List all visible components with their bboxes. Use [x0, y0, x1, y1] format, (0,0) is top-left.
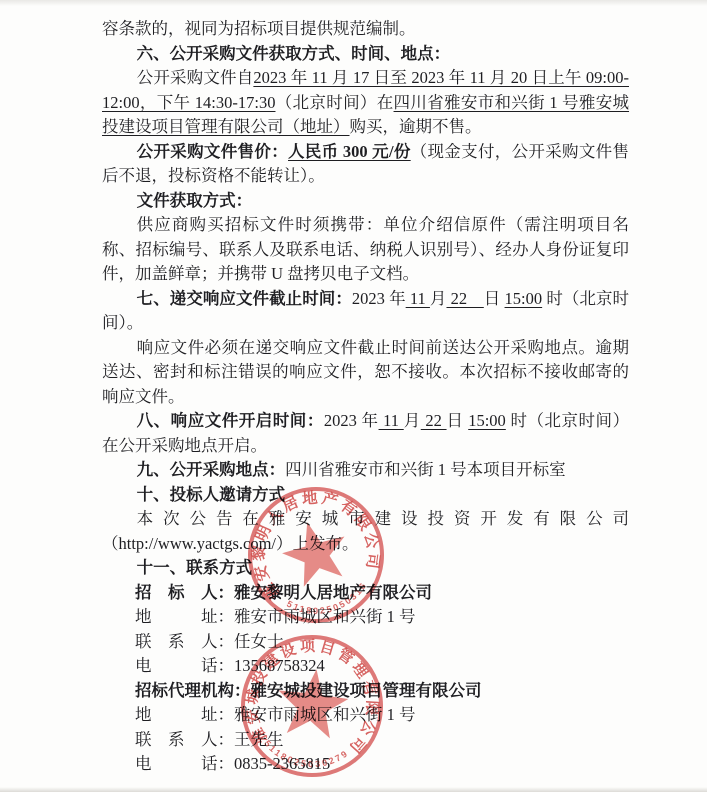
contact-value: 雅安市雨城区和兴街 1 号 — [234, 605, 416, 630]
section-10-heading: 十、投标人邀请方式 — [102, 483, 629, 508]
contact-row-agency: 招标代理机构：雅安城投建设项目管理有限公司 — [135, 679, 629, 704]
section-9-body: 四川省雅安市和兴街 1 号本项目开标室 — [285, 460, 566, 479]
contact-value: 雅安市雨城区和兴街 1 号 — [234, 703, 416, 728]
contact-row-person-2: 联 系 人：王先生 — [135, 728, 629, 753]
contact-list: 招 标 人：雅安黎明人居地产有限公司 地 址：雅安市雨城区和兴街 1 号 联 系… — [135, 581, 629, 777]
contact-label: 联 系 人： — [135, 630, 234, 655]
purchase-pre-text: 公开采购文件自 — [137, 68, 254, 87]
contact-label: 联 系 人： — [135, 728, 234, 753]
s7-month-underlined: 11 — [406, 289, 430, 308]
s7-date-pre: 2023 年 — [352, 289, 406, 308]
file-obtain-body: 供应商购买招标文件时须携带：单位介绍信原件（需注明项目名称、招标编号、联系人及联… — [102, 213, 629, 287]
intro-continuation-line: 容条款的，视同为招标项目提供规范编制。 — [102, 17, 629, 42]
section-9-heading: 九、公开采购地点： — [137, 460, 286, 479]
section-7-heading: 七、递交响应文件截止时间： — [137, 289, 352, 308]
contact-label: 电 话： — [135, 654, 234, 679]
contact-value: 雅安黎明人居地产有限公司 — [234, 581, 432, 606]
s7-sep2: 日 — [484, 289, 505, 308]
s8-time-underlined: 15:00 — [468, 411, 506, 430]
section-7-note: 响应文件必须在递交响应文件截止时间前送达公开采购地点。逾期送达、密封和标注错误的… — [102, 336, 629, 410]
price-label: 公开采购文件售价： — [137, 142, 288, 161]
contact-label: 电 话： — [135, 752, 234, 777]
s7-sep1: 月 — [430, 289, 447, 308]
section-9-paragraph: 九、公开采购地点：四川省雅安市和兴街 1 号本项目开标室 — [102, 458, 629, 483]
contact-row-tenderer: 招 标 人：雅安黎明人居地产有限公司 — [135, 581, 629, 606]
contact-row-phone-2: 电 话：0835-2365815 — [135, 752, 629, 777]
contact-label: 地 址： — [135, 703, 234, 728]
s7-time-underlined: 15:00 — [505, 289, 543, 308]
purchase-mid-text: （北京时间）在 — [275, 93, 393, 112]
purchase-post-text: 购买，逾期不售。 — [350, 117, 482, 136]
section-10-body: 本次公告在雅安城市建设投资开发有限公司（http://www.yactgs.co… — [102, 507, 629, 556]
scanned-document-page: 容条款的，视同为招标项目提供规范编制。 六、公开采购文件获取方式、时间、地点： … — [0, 0, 707, 792]
contact-label: 地 址： — [135, 605, 234, 630]
contact-value: 任女士 — [234, 630, 284, 655]
s8-date-pre: 2023 年 — [324, 411, 379, 430]
contact-label: 招标代理机构： — [135, 679, 251, 704]
section-11-heading: 十一、联系方式 — [102, 556, 629, 581]
section-6-heading: 六、公开采购文件获取方式、时间、地点： — [102, 42, 629, 67]
section-8-heading: 八、响应文件开启时间： — [137, 411, 324, 430]
s8-month-underlined: 11 — [379, 411, 404, 430]
document-price-paragraph: 公开采购文件售价：人民币 300 元/份（现金支付，公开采购文件售后不退，投标资… — [102, 140, 629, 189]
contact-row-person-1: 联 系 人：任女士 — [135, 630, 629, 655]
document-body: 容条款的，视同为招标项目提供规范编制。 六、公开采购文件获取方式、时间、地点： … — [102, 17, 629, 777]
section-7-paragraph: 七、递交响应文件截止时间：2023 年 11 月 22 日 15:00 时（北京… — [102, 287, 629, 336]
section-8-paragraph: 八、响应文件开启时间：2023 年 11 月 22 日 15:00 时（北京时间… — [102, 409, 629, 458]
contact-label: 招 标 人： — [135, 581, 234, 606]
contact-value: 王先生 — [234, 728, 284, 753]
s8-sep2: 日 — [447, 411, 469, 430]
section-6-purchase-paragraph: 公开采购文件自2023 年 11 月 17 日至 2023 年 11 月 20 … — [102, 66, 629, 140]
contact-value: 13568758324 — [234, 654, 325, 679]
s7-day-underlined: 22 — [446, 289, 483, 308]
contact-row-phone-1: 电 话：13568758324 — [135, 654, 629, 679]
s8-sep1: 月 — [404, 411, 421, 430]
contact-row-address-1: 地 址：雅安市雨城区和兴街 1 号 — [135, 605, 629, 630]
price-value-underlined: 人民币 300 元/份 — [288, 142, 411, 161]
file-obtain-heading: 文件获取方式： — [102, 189, 629, 214]
contact-value: 雅安城投建设项目管理有限公司 — [251, 679, 482, 704]
contact-value: 0835-2365815 — [234, 752, 330, 777]
contact-row-address-2: 地 址：雅安市雨城区和兴街 1 号 — [135, 703, 629, 728]
s8-day-underlined: 22 — [421, 411, 447, 430]
